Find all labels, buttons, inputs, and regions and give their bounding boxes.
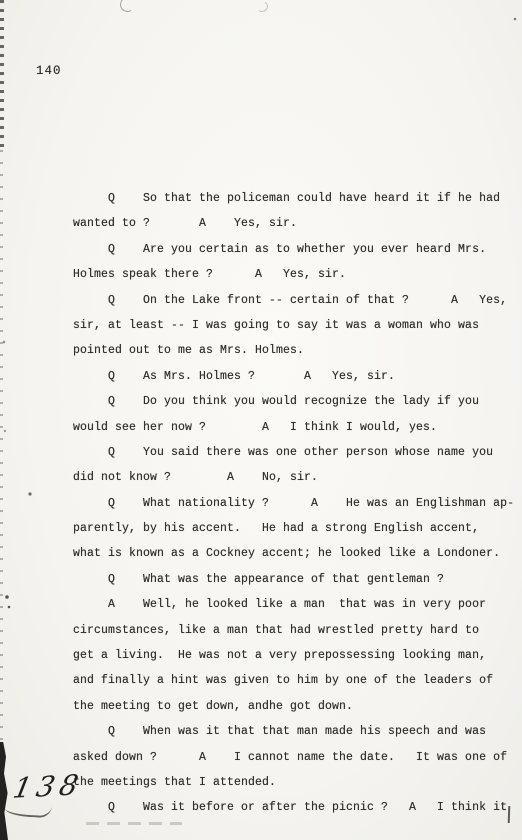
transcript-line: A Well, he looked like a man that was in… <box>73 592 513 617</box>
transcript-line: Q On the Lake front -- certain of that ?… <box>73 288 513 313</box>
transcript-line: the meeting to get down, andhe got down. <box>73 694 513 719</box>
transcript-line: wanted to ? A Yes, sir. <box>73 211 513 236</box>
binding-edge-top-artifact <box>0 0 4 150</box>
pen-swoosh-mark <box>5 803 53 818</box>
transcript-line: get a living. He was not a very preposse… <box>73 643 513 668</box>
transcript-line: asked down ? A I cannot name the date. I… <box>73 745 513 770</box>
transcript-line: Q Do you think you would recognize the l… <box>73 389 513 414</box>
binding-edge-bottom-artifact <box>0 742 8 840</box>
transcript-line: Q Was it before or after the picnic ? A … <box>73 795 513 820</box>
transcript-line: the meetings that I attended. <box>73 770 513 795</box>
transcript-line: sir, at least -- I was going to say it w… <box>73 313 513 338</box>
transcript-line: Q You said there was one other person wh… <box>73 440 513 465</box>
transcript-line: Q When was it that that man made his spe… <box>73 719 513 744</box>
faint-smudge-mark <box>255 0 269 13</box>
faded-dash-marks <box>86 822 182 825</box>
transcript-line: did not know ? A No, sir. <box>73 465 513 490</box>
transcript-line: Holmes speak there ? A Yes, sir. <box>73 262 513 287</box>
transcript-line: parently, by his accent. He had a strong… <box>73 516 513 541</box>
transcript-line: Q What was the appearance of that gentle… <box>73 567 513 592</box>
pencil-curve-smudge <box>118 0 136 14</box>
typed-page-number: 140 <box>36 64 62 78</box>
transcript-text-block: Q So that the policeman could have heard… <box>73 186 513 821</box>
transcript-line: Q Are you certain as to whether you ever… <box>73 237 513 262</box>
scan-noise-specks <box>0 0 2 2</box>
transcript-line: Q What nationality ? A He was an English… <box>73 491 513 516</box>
transcript-line: what is known as a Cockney accent; he lo… <box>73 541 513 566</box>
transcript-line: Q As Mrs. Holmes ? A Yes, sir. <box>73 364 513 389</box>
transcript-line: pointed out to me as Mrs. Holmes. <box>73 338 513 363</box>
transcript-line: and finally a hint was given to him by o… <box>73 668 513 693</box>
transcript-line: circumstances, like a man that had wrest… <box>73 618 513 643</box>
transcript-line: Q So that the policeman could have heard… <box>73 186 513 211</box>
handwritten-page-number: 138 <box>10 768 86 805</box>
transcript-line: would see her now ? A I think I would, y… <box>73 415 513 440</box>
scanned-transcript-page: 140 Q So that the policeman could have h… <box>0 0 522 840</box>
binding-edge-middle-artifact <box>0 150 3 742</box>
